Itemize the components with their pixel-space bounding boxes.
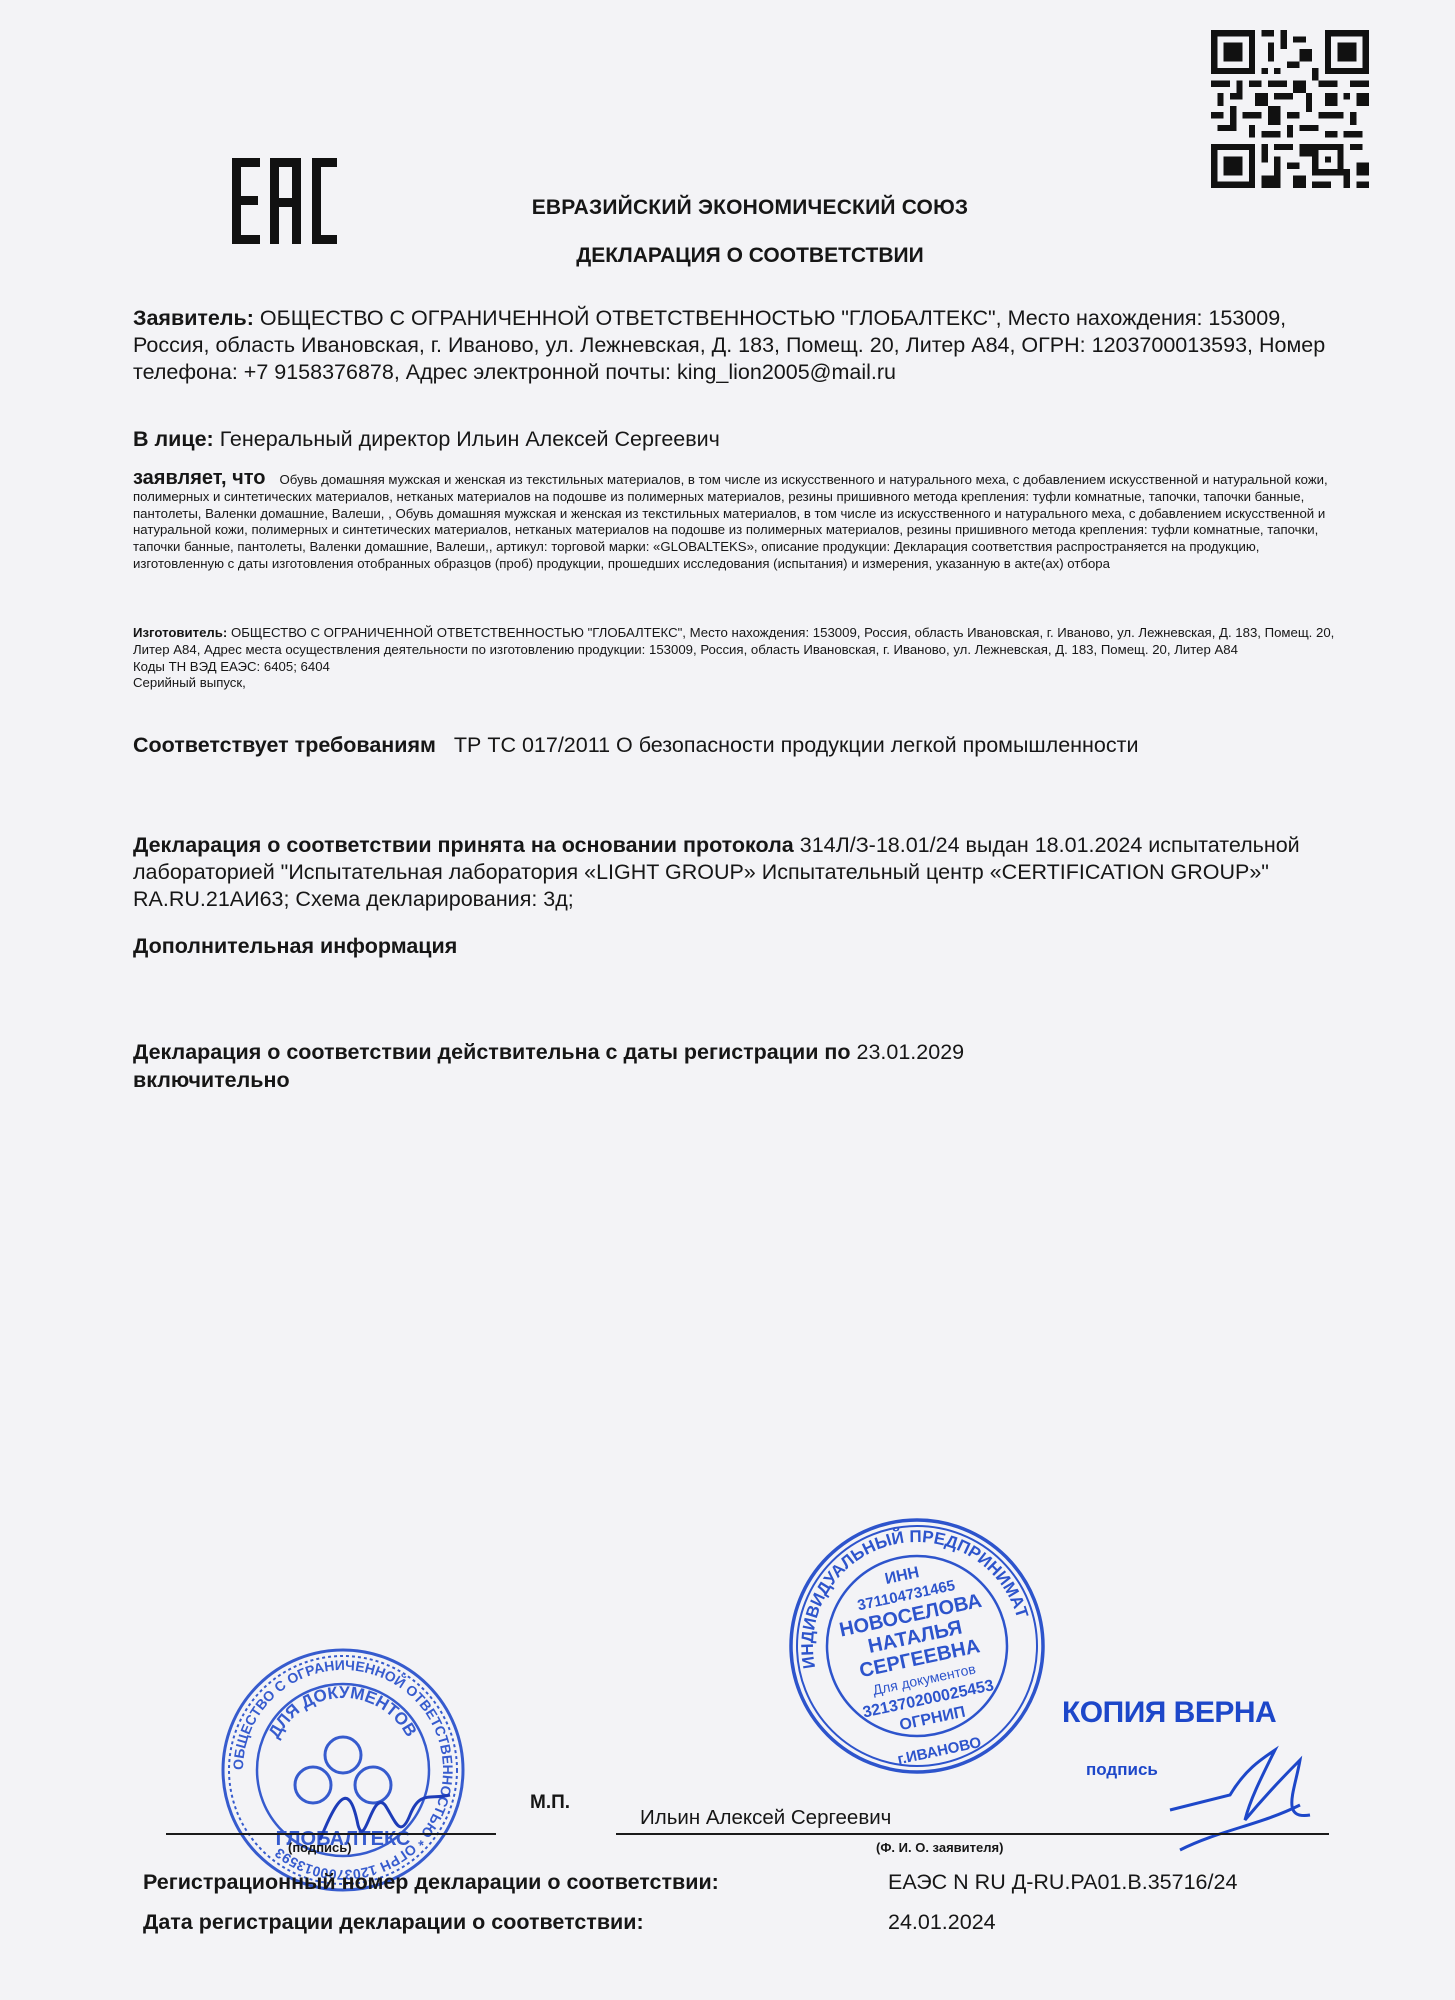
entrepreneur-stamp-icon: ИНДИВИДУАЛЬНЫЙ ПРЕДПРИНИМАТЕЛЬ ИНН 37110…: [786, 1515, 1048, 1777]
requirements-label: Соответствует требованиям: [133, 733, 436, 757]
fio-caption: (Ф. И. О. заявителя): [876, 1840, 1003, 1855]
signer-name: Ильин Алексей Сергеевич: [640, 1806, 891, 1830]
represented-by-section: В лице: Генеральный директор Ильин Алекс…: [133, 426, 1353, 453]
additional-info-heading: Дополнительная информация: [133, 933, 457, 960]
validity-section: Декларация о соответствии действительна …: [133, 1038, 1133, 1094]
release-type: Серийный выпуск,: [133, 675, 1353, 692]
declares-label: заявляет, что: [133, 467, 266, 489]
manufacturer-label: Изготовитель:: [133, 625, 227, 640]
basis-label: Декларация о соответствии принята на осн…: [133, 833, 794, 857]
certifier-signature-icon: [1150, 1740, 1350, 1860]
requirements-section: Соответствует требованиям ТР ТС 017/2011…: [133, 731, 1173, 759]
svg-text:ДЛЯ ДОКУМЕНТОВ: ДЛЯ ДОКУМЕНТОВ: [265, 1683, 421, 1741]
validity-suffix: включительно: [133, 1068, 290, 1092]
seal-place-label: М.П.: [530, 1792, 570, 1814]
applicant-label: Заявитель:: [133, 306, 254, 330]
registration-date: 24.01.2024: [888, 1910, 996, 1935]
signature-caption: (подпись): [288, 1840, 352, 1855]
represented-by-text: Генеральный директор Ильин Алексей Серге…: [220, 427, 720, 451]
copy-certified-stamp: КОПИЯ ВЕРНА: [1062, 1696, 1276, 1730]
basis-section: Декларация о соответствии принята на осн…: [133, 832, 1353, 913]
validity-label: Декларация о соответствии действительна …: [133, 1040, 851, 1064]
qr-code-icon: [1205, 30, 1375, 188]
applicant-section: Заявитель: ОБЩЕСТВО С ОГРАНИЧЕННОЙ ОТВЕТ…: [133, 305, 1353, 386]
applicant-text: ОБЩЕСТВО С ОГРАНИЧЕННОЙ ОТВЕТСТВЕННОСТЬЮ…: [133, 306, 1325, 384]
manufacturer-text: ОБЩЕСТВО С ОГРАНИЧЕННОЙ ОТВЕТСТВЕННОСТЬЮ…: [133, 625, 1334, 657]
requirements-text: ТР ТС 017/2011 О безопасности продукции …: [454, 733, 1139, 757]
tn-ved-codes: Коды ТН ВЭД ЕАЭС: 6405; 6404: [133, 659, 1353, 676]
represented-by-label: В лице:: [133, 427, 214, 451]
signature-line: [166, 1833, 496, 1835]
declares-text: Обувь домашняя мужская и женская из текс…: [133, 472, 1328, 571]
registration-number: ЕАЭС N RU Д-RU.PA01.B.35716/24: [888, 1870, 1237, 1895]
validity-date: 23.01.2029: [857, 1040, 965, 1064]
registration-number-label: Регистрационный номер декларации о соотв…: [143, 1870, 719, 1895]
manufacturer-section: Изготовитель: ОБЩЕСТВО С ОГРАНИЧЕННОЙ ОТ…: [133, 625, 1353, 692]
copy-certified-sign-label: подпись: [1086, 1760, 1158, 1780]
declaration-section: заявляет, чтоОбувь домашняя мужская и же…: [133, 470, 1353, 573]
union-title: ЕВРАЗИЙСКИЙ ЭКОНОМИЧЕСКИЙ СОЮЗ: [460, 196, 1040, 220]
eac-logo-icon: [232, 158, 337, 244]
document-title: ДЕКЛАРАЦИЯ О СООТВЕТСТВИИ: [460, 244, 1040, 268]
fio-line: [616, 1833, 1329, 1835]
registration-date-label: Дата регистрации декларации о соответств…: [143, 1910, 644, 1935]
